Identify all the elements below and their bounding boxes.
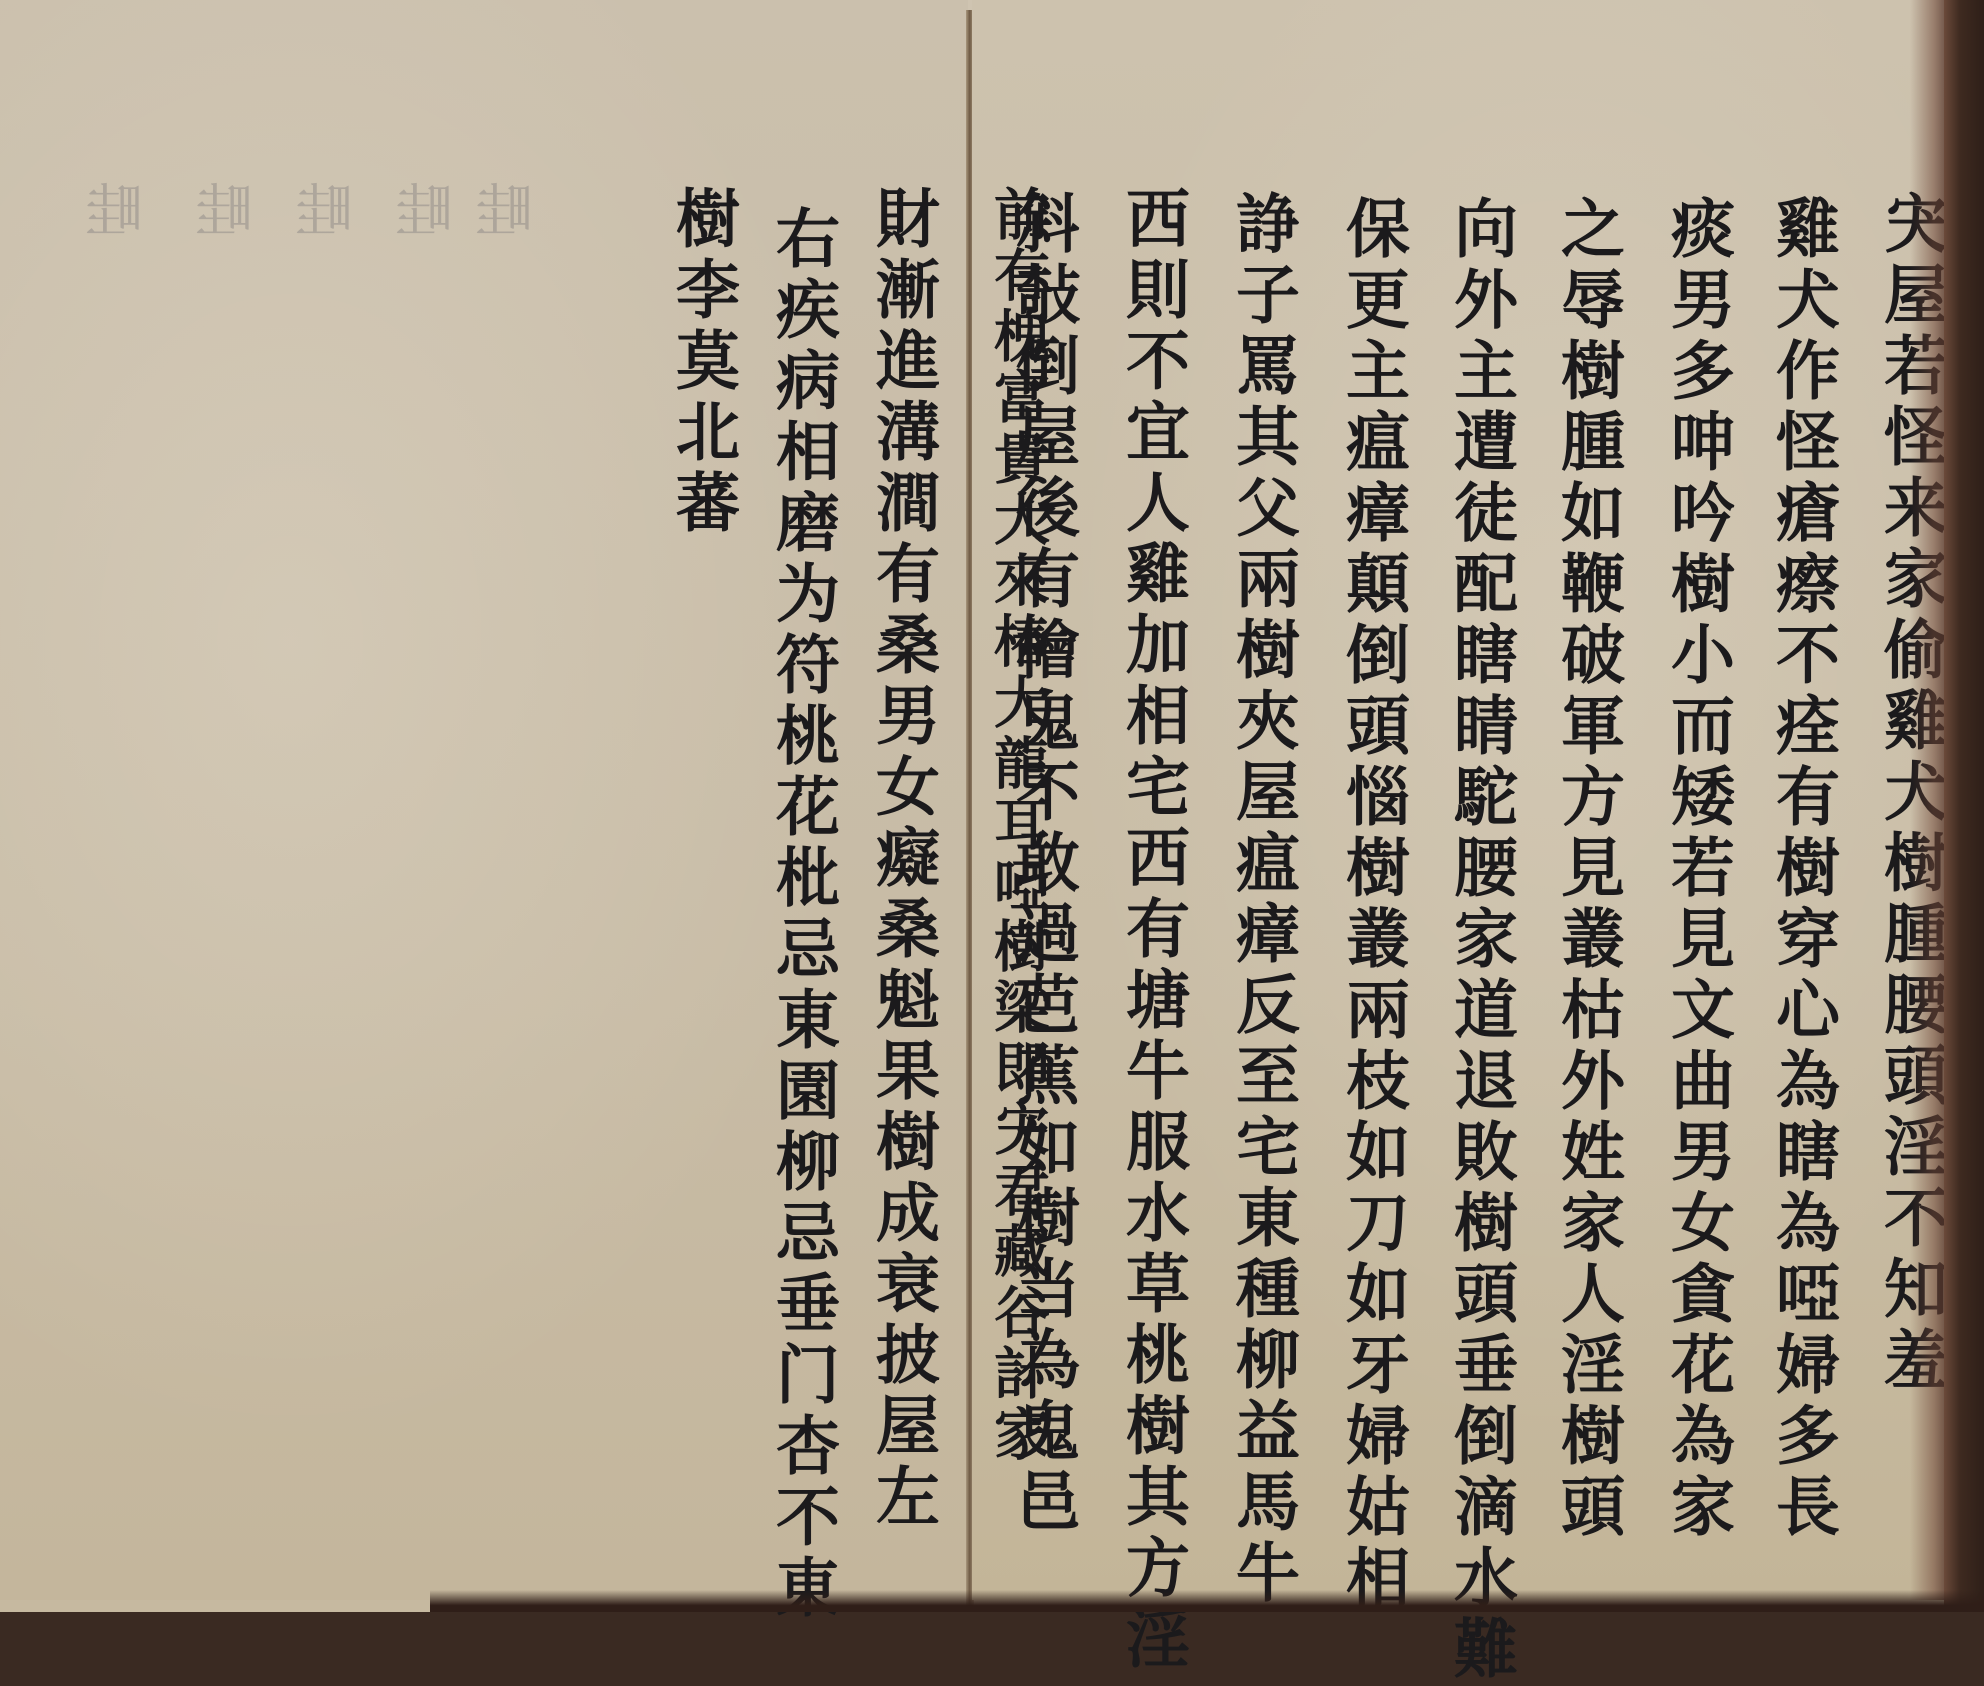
right-page-column-8: 西則不宜人雞加相宅西有塘牛服水草桃樹其方淫 (1120, 185, 1184, 1612)
left-page: 畦 畦 畦 畦 畦 財漸進溝澗有桑男女癡桑魁果樹成衰披屋左 右疾病相磨为符桃花枇… (0, 0, 968, 1600)
left-page-column-2: 右疾病相磨为符桃花枇忌東園柳忌垂门杏不東 (770, 205, 834, 1612)
page-edge (1944, 0, 1984, 1612)
right-page-column-4: 之辱樹腫如鞭破軍方見叢枯外姓家人淫樹頭 (1555, 195, 1619, 1544)
right-page-column-2: 雞犬作怪瘡瘵不痊有樹穿心為瞎為啞婦多長 (1770, 195, 1834, 1544)
bottom-shadow (430, 1590, 1984, 1612)
bleed-through-text: 畦 (90, 180, 148, 268)
bleed-through-text: 畦 (400, 180, 458, 268)
left-page-column-3: 樹李莫北蕃 (670, 185, 734, 540)
right-page-column-3: 痰男多呻吟樹小而矮若見文曲男女貪花為家 (1665, 195, 1729, 1544)
bleed-through-text: 畦 (200, 180, 258, 268)
left-page-column-1: 財漸進溝澗有桑男女癡桑魁果樹成衰披屋左 (870, 185, 934, 1534)
bleed-through-text: 畦 (300, 180, 358, 268)
right-page-column-5: 向外主遭徒配瞎睛駝腰家道退敗樹頭垂倒滴水難 (1448, 195, 1512, 1612)
right-page-column-10-visible: 前有槐富貴大來椿大龍耳啞樹梁即宊君藏谷計家 (990, 185, 1046, 1466)
right-page-column-7: 諍子罵其父兩樹夾屋瘟瘴反至宅東種柳益馬牛 (1230, 190, 1294, 1610)
right-page-column-6: 保更主瘟瘴顛倒頭惱樹叢兩枝如刀如牙婦姑相 (1340, 195, 1404, 1612)
bleed-through-text: 畦 (480, 180, 538, 268)
